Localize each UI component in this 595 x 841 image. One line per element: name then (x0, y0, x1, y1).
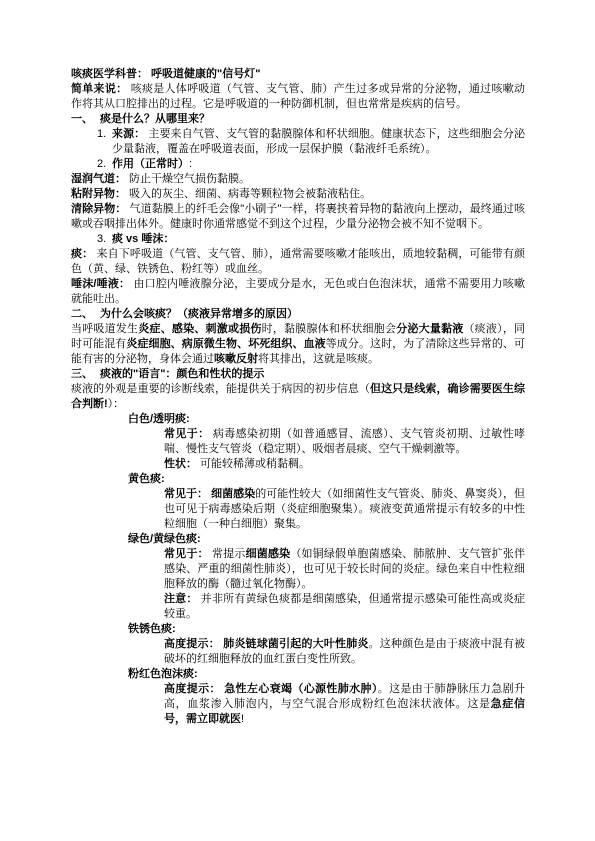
text-run: 可能较稀薄或稍黏稠。 (197, 458, 310, 470)
sub-paragraph: 高度提示： 肺炎链球菌引起的大叶性肺炎。这种颜色是由于痰液中混有被破坏的红细胞释… (71, 637, 525, 667)
bold-text-run: 性状： (164, 458, 197, 470)
bold-text-run: 粉红色泡沫痰: (128, 668, 198, 680)
bold-text-run: 为什么会咳痰？（痰液异常增多的原因） (100, 308, 298, 320)
color-category-label: 铁锈色痰: (71, 622, 525, 637)
bold-text-run: 唾沫/唾液： (71, 278, 130, 290)
text-run: ! (241, 713, 244, 725)
bold-text-run: 注意： (164, 593, 198, 605)
paragraph: 简单来说： 咳痰是人体呼吸道（气管、支气管、肺）产生过多或异常的分泌物，通过咳嗽… (71, 82, 525, 112)
text-run: 主要来自气管、支气管的黏膜腺体和杯状细胞。健康状态下，这些细胞会分泌少量黏液，覆… (112, 128, 525, 155)
text-run: 并非所有黄绿色痰都是细菌感染，但通常提示感染可能性高或炎症较重。 (164, 593, 525, 620)
text-run: ）： (108, 398, 125, 410)
bold-text-run: 炎症、感染、刺激或损伤 (138, 323, 261, 335)
bold-text-run: 咳痰医学科普： 呼吸道健康的"信号灯" (71, 68, 261, 80)
sub-paragraph: 注意： 并非所有黄绿色痰都是细菌感染，但通常提示感染可能性高或炎症较重。 (71, 592, 525, 622)
sub-paragraph: 常见于： 细菌感染的可能性较大（如细菌性支气管炎、肺炎、鼻窦炎），但也可见于病毒… (71, 487, 525, 532)
bold-text-run: 肺炎链球菌引起的大叶性肺炎 (223, 638, 368, 650)
bold-text-run: 炎症细胞、病原微生物、坏死组织、血液 (126, 338, 325, 350)
bold-text-run: 咳嗽反射 (214, 353, 258, 365)
bold-text-run: 黄色痰: (128, 473, 165, 485)
numbered-list-item: 2.作用（正常时）: (71, 157, 525, 172)
bold-text-run: 痰液的"语言"：颜色和性状的提示 (100, 368, 264, 380)
section-heading: 一、痰是什么？从哪里来？ (71, 112, 525, 127)
bold-text-run: 常见于： (164, 428, 209, 440)
text-run: 气道黏膜上的纤毛会像"小刷子"一样，将裹挟着异物的黏液向上摆动，最终通过咳嗽或吞… (71, 203, 525, 230)
text-run: 由口腔内唾液腺分泌，主要成分是水，无色或白色泡沫状，通常不需要用力咳嗽就能吐出。 (71, 278, 525, 305)
bold-text-run: 痰 vs 唾沫： (112, 233, 174, 245)
bold-text-run: 铁锈色痰: (128, 623, 176, 635)
color-category-label: 白色/透明痰: (71, 412, 525, 427)
bold-text-run: 常见于： (164, 548, 209, 560)
numbered-list-item: 3.痰 vs 唾沫： (71, 232, 525, 247)
bold-text-run: 细菌感染 (211, 488, 255, 500)
section-number: 二、 (71, 307, 93, 322)
text-run: 时，黏膜腺体和杯状细胞会 (262, 323, 397, 335)
bold-text-run: 白色/透明痰: (128, 413, 190, 425)
section-number: 三、 (71, 367, 93, 382)
bold-text-run: 作用（正常时） (112, 158, 189, 170)
text-run: 防止干燥空气损伤黏膜。 (126, 173, 250, 185)
bold-text-run: 分泌大量黏液 (396, 323, 463, 335)
text-run: 来自下呼吸道（气管、支气管、肺），通常需要咳嗽才能咳出，质地较黏稠，可能带有颜色… (71, 248, 525, 275)
color-category-label: 粉红色泡沫痰: (71, 667, 525, 682)
paragraph: 湿润气道： 防止干燥空气损伤黏膜。 (71, 172, 525, 187)
text-run: 病毒感染初期（如普通感冒、流感）、支气管炎初期、过敏性哮喘、慢性支气管炎（稳定期… (164, 428, 525, 455)
text-run: : (189, 158, 192, 170)
text-run: 吸入的灰尘、细菌、病毒等颗粒物会被黏液粘住。 (126, 188, 371, 200)
document-page: 咳痰医学科普： 呼吸道健康的"信号灯"简单来说： 咳痰是人体呼吸道（气管、支气管… (0, 0, 595, 841)
text-run: 当呼吸道发生 (71, 323, 138, 335)
document-content: 咳痰医学科普： 呼吸道健康的"信号灯"简单来说： 咳痰是人体呼吸道（气管、支气管… (71, 67, 525, 727)
bold-text-run: 高度提示： (164, 638, 220, 650)
section-number: 一、 (71, 112, 93, 127)
list-number: 3. (97, 232, 106, 247)
section-heading: 三、痰液的"语言"：颜色和性状的提示 (71, 367, 525, 382)
text-run: 将其排出，这就是咳痰。 (258, 353, 379, 365)
section-heading: 二、为什么会咳痰？（痰液异常增多的原因） (71, 307, 525, 322)
text-run: 咳痰是人体呼吸道（气管、支气管、肺）产生过多或异常的分泌物，通过咳嗽动作将其从口… (71, 83, 525, 110)
paragraph: 当呼吸道发生炎症、感染、刺激或损伤时，黏膜腺体和杯状细胞会分泌大量黏液（痰液），… (71, 322, 525, 367)
paragraph: 清除异物： 气道黏膜上的纤毛会像"小刷子"一样，将裹挟着异物的黏液向上摆动，最终… (71, 202, 525, 232)
list-number: 2. (97, 157, 106, 172)
bold-text-run: 来源： (112, 128, 145, 140)
paragraph: 痰液的外观是重要的诊断线索，能提供关于病因的初步信息（但这只是线索，确诊需要医生… (71, 382, 525, 412)
sub-paragraph: 常见于： 病毒感染初期（如普通感冒、流感）、支气管炎初期、过敏性哮喘、慢性支气管… (71, 427, 525, 457)
bold-text-run: 粘附异物： (71, 188, 126, 200)
text-run: 常提示 (209, 548, 246, 560)
paragraph: 粘附异物： 吸入的灰尘、细菌、病毒等颗粒物会被黏液粘住。 (71, 187, 525, 202)
text-run: 痰液的外观是重要的诊断线索，能提供关于病因的初步信息（ (71, 383, 370, 395)
bold-text-run: 绿色/黄绿色痰: (128, 533, 201, 545)
sub-paragraph: 性状： 可能较稀薄或稍黏稠。 (71, 457, 525, 472)
paragraph: 唾沫/唾液： 由口腔内唾液腺分泌，主要成分是水，无色或白色泡沫状，通常不需要用力… (71, 277, 525, 307)
sub-paragraph: 高度提示： 急性左心衰竭（心源性肺水肿）。这是由于肺静脉压力急剧升高，血浆渗入肺… (71, 682, 525, 727)
color-category-label: 绿色/黄绿色痰: (71, 532, 525, 547)
bold-text-run: 痰是什么？从哪里来？ (100, 113, 210, 125)
bold-text-run: 高度提示： 急性左心衰竭（心源性肺水肿） (164, 683, 378, 695)
numbered-list-item: 1.来源： 主要来自气管、支气管的黏膜腺体和杯状细胞。健康状态下，这些细胞会分泌… (71, 127, 525, 157)
list-number: 1. (97, 127, 106, 142)
bold-text-run: 湿润气道： (71, 173, 126, 185)
sub-paragraph: 常见于： 常提示细菌感染（如铜绿假单胞菌感染、肺脓肿、支气管扩张伴感染、严重的细… (71, 547, 525, 592)
bold-text-run: 清除异物： (71, 203, 126, 215)
bold-text-run: 痰： (71, 248, 93, 260)
color-category-label: 黄色痰: (71, 472, 525, 487)
doc-title: 咳痰医学科普： 呼吸道健康的"信号灯" (71, 67, 525, 82)
bold-text-run: 细菌感染 (246, 548, 291, 560)
bold-text-run: 常见于： (164, 488, 208, 500)
bold-text-run: 简单来说： (71, 83, 127, 95)
paragraph: 痰： 来自下呼吸道（气管、支气管、肺），通常需要咳嗽才能咳出，质地较黏稠，可能带… (71, 247, 525, 277)
